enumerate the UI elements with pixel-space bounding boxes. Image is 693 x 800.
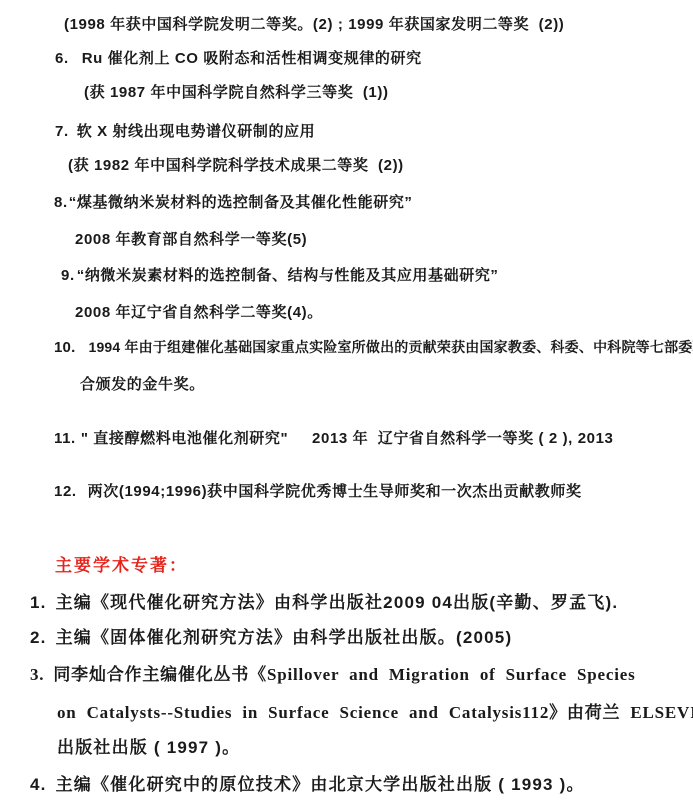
award-line: (获 1987 年中国科学院自然科学三等奖 (1)) [84,81,389,102]
monograph-text: 同李灿合作主编催化丛书《Spillover and Migration of S… [53,660,635,685]
award-text: (获 1982 年中国科学院科学技术成果二等奖 (2)) [68,154,404,175]
monograph-text: 出版社出版 ( 1997 )。 [57,733,240,758]
award-line: (获 1982 年中国科学院科学技术成果二等奖 (2)) [68,154,404,175]
award-line: 合颁发的金牛奖。 [80,373,205,394]
award-text: 2008 年教育部自然科学一等奖(5) [75,228,307,249]
monographs-heading: 主要学术专著： [55,551,188,576]
monograph-line: 出版社出版 ( 1997 )。 [57,733,240,758]
award-line: 2008 年辽宁省自然科学二等奖(4)。 [75,301,323,322]
award-number: 11. [54,430,76,447]
monograph-text: 主编《现代催化研究方法》由科学出版社2009 04出版(辛勤、罗孟飞). [56,588,619,613]
monograph-line: 1. 主编《现代催化研究方法》由科学出版社2009 04出版(辛勤、罗孟飞). [30,588,618,613]
award-line: (1998 年获中国科学院发明二等奖。(2) ; 1999 年获国家发明二等奖 … [64,13,564,34]
document-page: (1998 年获中国科学院发明二等奖。(2) ; 1999 年获国家发明二等奖 … [0,0,693,800]
award-text: “煤基微纳米炭材料的选控制备及其催化性能研究” [69,191,413,212]
award-text: 两次(1994;1996)获中国科学院优秀博士生导师奖和一次杰出贡献教师奖 [88,480,582,501]
monograph-text: 主编《固体催化剂研究方法》由科学出版社出版。(2005) [56,623,513,648]
award-line: 12. 两次(1994;1996)获中国科学院优秀博士生导师奖和一次杰出贡献教师… [54,480,582,501]
award-text: Ru 催化剂上 CO 吸附态和活性相调变规律的研究 [82,47,422,68]
monograph-line: 2. 主编《固体催化剂研究方法》由科学出版社出版。(2005) [30,623,512,648]
award-text: (1998 年获中国科学院发明二等奖。(2) ; 1999 年获国家发明二等奖 … [64,13,564,34]
award-line: 11. " 直接醇燃料电池催化剂研究" 2013 年 辽宁省自然科学一等奖 ( … [54,427,613,448]
award-number: 7. [55,123,69,140]
award-text: (获 1987 年中国科学院自然科学三等奖 (1)) [84,81,389,102]
monograph-number: 4. [30,775,47,795]
monograph-text: on Catalysts--Studies in Surface Science… [57,698,693,723]
monograph-number: 3. [30,665,44,685]
award-number: 6. [55,50,69,67]
monograph-text: 主编《催化研究中的原位技术》由北京大学出版社出版 ( 1993 )。 [56,770,585,795]
award-text: 软 X 射线出现电势谱仪研制的应用 [77,120,316,141]
award-number: 10. [54,339,75,356]
monograph-line: on Catalysts--Studies in Surface Science… [57,698,693,723]
monograph-number: 1. [30,593,47,613]
award-text: 合颁发的金牛奖。 [80,373,205,394]
award-line: 10. 1994 年由于组建催化基础国家重点实险室所做出的贡献荣获由国家教委、科… [54,337,693,357]
award-text: “纳微米炭素材料的选控制备、结构与性能及其应用基础研究” [77,264,499,285]
award-line: 8. “煤基微纳米炭材料的选控制备及其催化性能研究” [54,191,413,212]
award-number: 12. [54,483,77,500]
award-text: " 直接醇燃料电池催化剂研究" 2013 年 辽宁省自然科学一等奖 ( 2 ),… [81,427,614,448]
monograph-number: 2. [30,628,47,648]
award-text: 2008 年辽宁省自然科学二等奖(4)。 [75,301,323,322]
award-text: 1994 年由于组建催化基础国家重点实险室所做出的贡献荣获由国家教委、科委、中科… [88,337,693,357]
award-number: 8. [54,194,68,211]
award-line: 2008 年教育部自然科学一等奖(5) [75,228,307,249]
award-number: 9. [61,267,75,284]
award-line: 7. 软 X 射线出现电势谱仪研制的应用 [55,120,315,141]
monograph-line: 4. 主编《催化研究中的原位技术》由北京大学出版社出版 ( 1993 )。 [30,770,585,795]
award-line: 6. Ru 催化剂上 CO 吸附态和活性相调变规律的研究 [55,47,422,68]
award-line: 9. “纳微米炭素材料的选控制备、结构与性能及其应用基础研究” [61,264,499,285]
monograph-line: 3. 同李灿合作主编催化丛书《Spillover and Migration o… [30,660,636,685]
